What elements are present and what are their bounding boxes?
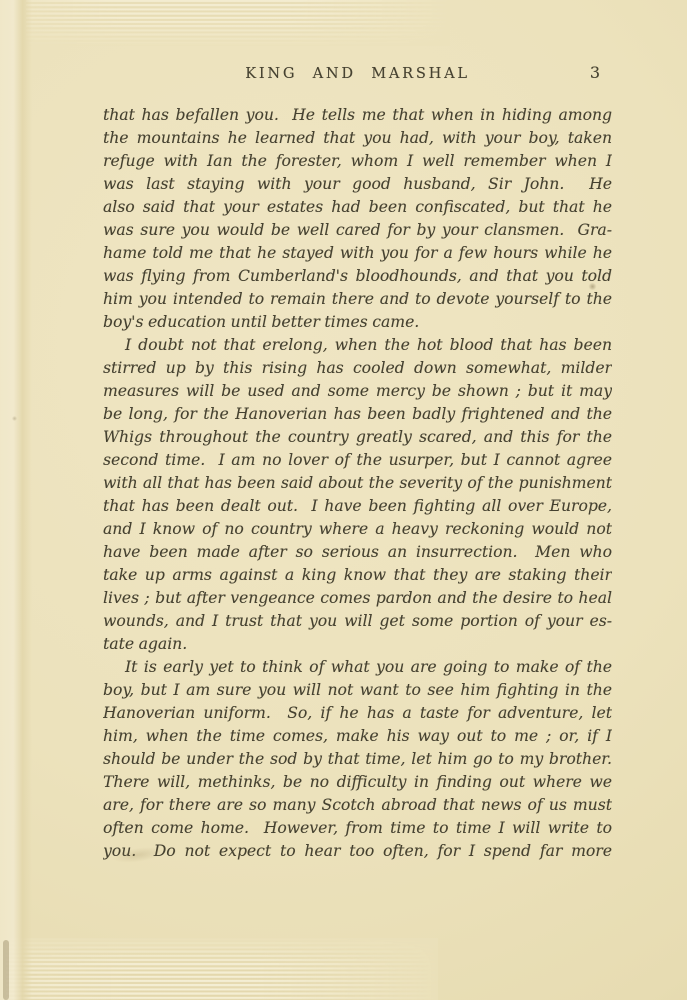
text-line: Hanoverian uniform. So, if he has a tast… [103,702,612,725]
text-line: Whigs throughout the country greatly sca… [103,426,612,449]
text-line: the mountains he learned that you had, w… [103,127,612,150]
text-line: refuge with Ian the forester, whom I wel… [103,150,612,173]
text-line: There will, methinks, be no difficulty i… [103,771,612,794]
running-header: KING AND MARSHAL 3 [103,63,612,87]
text-line: be long, for the Hanoverian has been bad… [103,403,612,426]
text-line: that has befallen you. He tells me that … [103,104,612,127]
page-edge-texture-bottom [6,938,438,1000]
paper-blemish [588,283,597,290]
text-line: have been made after so serious an insur… [103,541,612,564]
text-line: It is early yet to think of what you are… [103,656,612,679]
text-line: him, when the time comes, make his way o… [103,725,612,748]
text-line: take up arms against a king know that th… [103,564,612,587]
text-line: lives ; but after vengeance comes pardon… [103,587,612,610]
text-line: should be under the sod by that time, le… [103,748,612,771]
text-line: with all that has been said about the se… [103,472,612,495]
text-line: was last staying with your good husband,… [103,173,612,196]
text-line: tate again. [103,633,612,656]
text-line: I doubt not that erelong, when the hot b… [103,334,612,357]
page-text: that has befallen you. He tells me that … [103,104,612,876]
text-line: measures will be used and some mercy be … [103,380,612,403]
text-line: boy, but I am sure you will not want to … [103,679,612,702]
text-line: hame told me that he stayed with you for… [103,242,612,265]
running-header-title: KING AND MARSHAL [103,65,612,83]
text-line: are, for there are so many Scotch abroad… [103,794,612,817]
text-line: often come home. However, from time to t… [103,817,612,840]
gutter-shadow [0,0,32,1000]
text-line: also said that your estates had been con… [103,196,612,219]
text-line: and I know of no country where a heavy r… [103,518,612,541]
page-number: 3 [590,63,600,83]
text-line: that has been dealt out. I have been fig… [103,495,612,518]
text-line: stirred up by this rising has cooled dow… [103,357,612,380]
text-line: boy's education until better times came. [103,311,612,334]
page-edge-texture-top [26,0,450,46]
gutter-edge-shadow [3,940,9,1000]
text-line: him you intended to remain there and to … [103,288,612,311]
text-line: wounds, and I trust that you will get so… [103,610,612,633]
scanned-book-page: KING AND MARSHAL 3 that has befallen you… [0,0,687,1000]
text-line: was flying from Cumberland's bloodhounds… [103,265,612,288]
paper-blemish [12,416,17,421]
text-line: you. Do not expect to hear too often, fo… [103,840,612,863]
text-line: was sure you would be well cared for by … [103,219,612,242]
text-line: second time. I am no lover of the usurpe… [103,449,612,472]
